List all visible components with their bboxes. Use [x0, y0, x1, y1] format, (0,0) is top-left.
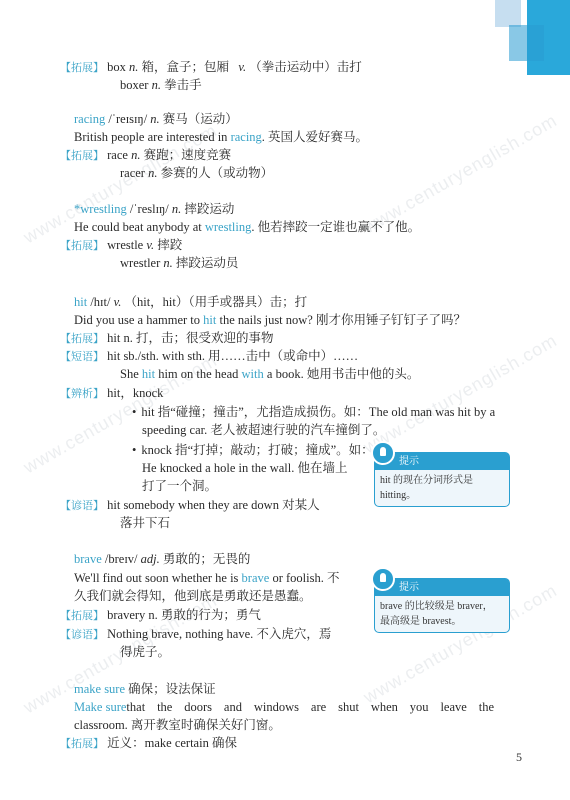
distinguish-bullet-2: knock 指“打掉；敲动；打破；撞成”。如：: [132, 441, 374, 459]
entry-hit-extend: 【拓展】 hit n. 打，击；很受欢迎的事物: [60, 329, 273, 348]
entry-make-sure-example: Make sure that the doors and windows are…: [74, 698, 494, 716]
entry-brave-example: We'll find out soon whether he is brave …: [74, 569, 339, 587]
entry-make-sure-extend: 【拓展】 近义：make certain 确保: [60, 734, 237, 753]
tip-header: 提示: [375, 453, 509, 470]
entry-hit-phrase: 【短语】 hit sb./sth. with sth. 用……击中（或命中）……: [60, 347, 358, 366]
phonetic: /breɪv/: [105, 552, 138, 566]
box-extend-line: 【拓展】 box n. 箱，盒子；包厢 v. （拳击运动中）击打: [60, 58, 362, 77]
distinguish-bullet-1: hit 指“碰撞；撞击”，尤指造成损伤。如：The old man was hi…: [132, 403, 495, 421]
distinguish-bullet-2-cont: He knocked a hole in the wall. 他在墙上: [142, 459, 348, 477]
headword: hit: [74, 295, 87, 309]
headword: *wrestling: [74, 202, 127, 216]
entry-brave-proverb: 【谚语】 Nothing brave, nothing have. 不入虎穴，焉: [60, 625, 331, 644]
lightbulb-icon: [371, 441, 395, 465]
entry-hit-head: hit /hɪt/ v. （hit，hit）（用手或器具）击；打: [74, 293, 307, 311]
entry-brave-example-cont: 久我们就会得知，他到底是勇敢还是愚蠢。: [74, 587, 312, 605]
entry-hit-distinguish: 【辨析】 hit，knock: [60, 384, 163, 403]
decorative-square-light: [495, 0, 521, 27]
entry-hit-example: Did you use a hammer to hit the nails ju…: [74, 311, 466, 329]
entry-brave-head: brave /breɪv/ adj. 勇敢的；无畏的: [74, 550, 250, 568]
distinguish-bullet-2-cont-2: 打了一个洞。: [142, 477, 217, 495]
headword: brave: [74, 552, 102, 566]
entry-racing-extend: 【拓展】 race n. 赛跑；速度竞赛: [60, 146, 231, 165]
distinguish-bullet-1-cont: speeding car. 老人被超速行驶的汽车撞倒了。: [142, 421, 385, 439]
entry-brave-proverb-cont: 得虎子。: [120, 643, 170, 661]
page-number: 5: [516, 750, 522, 765]
tip-body: hit 的现在分词形式是 hitting。: [375, 470, 509, 506]
entry-hit-proverb-cont: 落井下石: [120, 514, 170, 532]
entry-hit-phrase-example: She hit him on the head with a book. 她用书…: [120, 365, 419, 383]
entry-racing-head: racing /ˈreɪsɪŋ/ n. 赛马（运动）: [74, 110, 238, 128]
lightbulb-icon: [371, 567, 395, 591]
headword: make sure: [74, 682, 125, 696]
entry-hit-proverb: 【谚语】 hit somebody when they are down 对某人: [60, 496, 320, 515]
entry-make-sure-head: make sure 确保；设法保证: [74, 680, 216, 698]
box-extend-line-2: boxer n. 拳击手: [120, 76, 202, 94]
entry-wrestling-extend-2: wrestler n. 摔跤运动员: [120, 254, 238, 272]
entry-brave-extend: 【拓展】 bravery n. 勇敢的行为；勇气: [60, 606, 261, 625]
entry-wrestling-head: *wrestling /ˈreslɪŋ/ n. 摔跤运动: [74, 200, 234, 218]
tip-body: brave 的比较级是 braver， 最高级是 bravest。: [375, 596, 509, 632]
entry-wrestling-example: He could beat anybody at wrestling. 他若摔跤…: [74, 218, 420, 236]
tag-extend: 【拓展】: [60, 61, 104, 74]
tip-header: 提示: [375, 579, 509, 596]
headword: racing: [74, 112, 105, 126]
entry-racing-extend-2: racer n. 参赛的人（或动物）: [120, 164, 273, 182]
phonetic: /ˈreslɪŋ/: [130, 202, 169, 216]
entry-racing-example: British people are interested in racing.…: [74, 128, 368, 146]
tip-box-hit: 提示 hit 的现在分词形式是 hitting。: [374, 452, 510, 507]
entry-make-sure-example-cont: classroom. 离开教室时确保关好门窗。: [74, 716, 281, 734]
phonetic: /ˈreɪsɪŋ/: [108, 112, 147, 126]
tip-box-brave: 提示 brave 的比较级是 braver， 最高级是 bravest。: [374, 578, 510, 633]
decorative-square-mid: [509, 25, 544, 61]
watermark: www.centuryenglish.com: [360, 330, 561, 458]
entry-wrestling-extend: 【拓展】 wrestle v. 摔跤: [60, 236, 182, 255]
phonetic: /hɪt/: [90, 295, 110, 309]
